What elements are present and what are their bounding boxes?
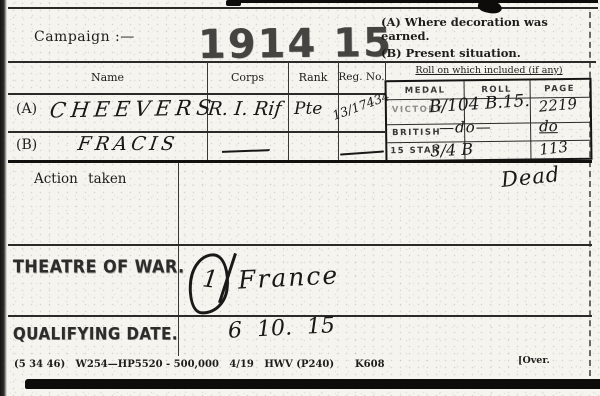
top-border-line: [8, 7, 598, 9]
medal-table-header-medal: MEDAL: [387, 85, 464, 96]
roll-included-header: Roll on which included (if any): [388, 65, 590, 76]
rule-above-theatre: [8, 244, 592, 246]
medal-roll-table: MEDAL ROLL PAGE VICTORY BRITISH 15 STAR …: [385, 78, 593, 163]
rule-under-column-headers: [8, 93, 385, 95]
medal-index-card: Campaign :— 1914 15 (A) Where decoration…: [0, 0, 600, 396]
row-b-name: FRACIS: [76, 133, 179, 155]
theatre-value: France: [237, 260, 339, 294]
ink-blot-top-center: [226, 0, 241, 6]
star-roll-entry: 3/4 B: [430, 139, 473, 160]
over-label: [Over.: [518, 355, 550, 366]
bottom-border-band: [25, 379, 600, 389]
column-header-corps: Corps: [207, 71, 288, 84]
divider-reg-roll: [385, 62, 386, 80]
action-note-dead: Dead: [500, 162, 561, 192]
rule-between-rows: [8, 131, 385, 133]
left-torn-edge: [0, 0, 7, 396]
row-b-corps-ditto-mark: [222, 149, 270, 153]
row-a-rank: Pte: [294, 99, 322, 119]
medal-table-header-page: PAGE: [530, 84, 590, 95]
row-a-label: (A): [16, 101, 37, 117]
british-roll-entry: —do—: [439, 118, 492, 137]
heavy-rule-under-names: [8, 160, 592, 163]
note-present-situation: (B) Present situation.: [381, 46, 597, 60]
qualifying-date-label: QUALIFYING DATE.: [13, 324, 178, 344]
row-a-name: CHEEVERS: [48, 96, 217, 123]
theatre-of-war-label: THEATRE OF WAR.: [13, 256, 185, 277]
victory-page-entry: 2219: [538, 95, 578, 116]
qualifying-date-value: 6 10. 15: [227, 313, 335, 344]
rule-under-campaign: [8, 61, 596, 63]
british-page-entry: do: [539, 117, 558, 135]
medal-name-british: BRITISH: [392, 128, 441, 139]
theatre-number: 1: [201, 264, 220, 294]
row-a-corps: R. I. Rif: [207, 98, 283, 120]
printer-imprint: (5 34 46) W254—HP5520 - 500,000 4/19 HWV…: [14, 359, 385, 370]
note-where-earned: (A) Where decoration was earned.: [381, 15, 597, 43]
column-header-name: Name: [8, 71, 207, 84]
column-header-rank: Rank: [288, 71, 338, 84]
row-b-reg-ditto-mark: [340, 150, 384, 155]
campaign-label: Campaign :—: [34, 29, 135, 45]
top-edge-ink-smudge: [230, 0, 598, 3]
row-b-label: (B): [16, 137, 37, 153]
column-header-reg-no: Reg. No.: [338, 71, 385, 83]
action-taken-label: Action taken: [34, 171, 127, 187]
star-page-entry: 113: [538, 138, 569, 159]
